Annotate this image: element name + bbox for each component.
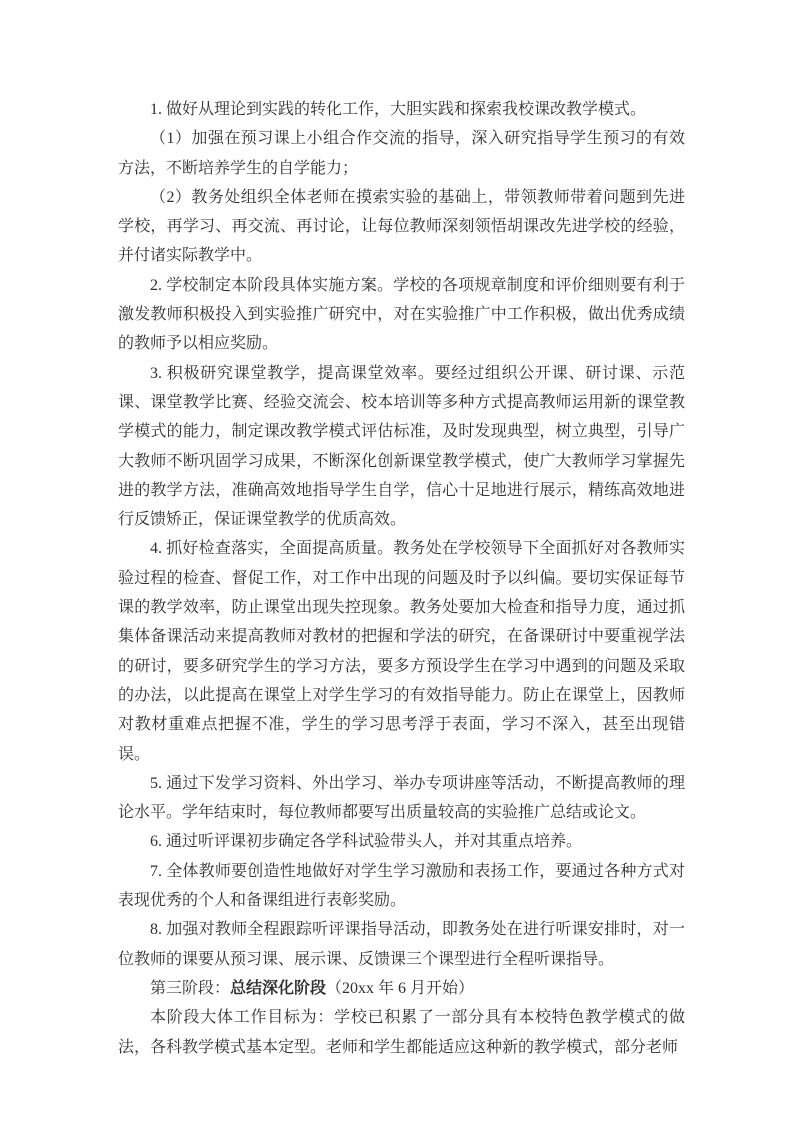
document-body: 1. 做好从理论到实践的转化工作，大胆实践和探索我校课改教学模式。 （1）加强在… bbox=[118, 95, 685, 1062]
paragraph-point-7: 7. 全体教师要创造性地做好对学生学习激励和表扬工作，要通过各种方式对表现优秀的… bbox=[118, 857, 685, 916]
paragraph-point-6: 6. 通过听评课初步确定各学科试验带头人，并对其重点培养。 bbox=[118, 827, 685, 856]
paragraph-point-3: 3. 积极研究课堂教学，提高课堂效率。要经过组织公开课、研讨课、示范课、课堂教学… bbox=[118, 359, 685, 535]
paragraph-stage-heading: 第三阶段：总结深化阶段（20xx 年 6 月开始） bbox=[118, 974, 685, 1003]
stage-heading-suffix: （20xx 年 6 月开始） bbox=[326, 980, 474, 997]
stage-heading-emphasis: 总结深化阶段 bbox=[230, 980, 326, 997]
paragraph-subpoint-2: （2）教务处组织全体老师在摸索实验的基础上，带领教师带着问题到先进学校，再学习、… bbox=[118, 183, 685, 271]
document-page: 1. 做好从理论到实践的转化工作，大胆实践和探索我校课改教学模式。 （1）加强在… bbox=[0, 0, 793, 1122]
paragraph-point-4: 4. 抓好检查落实，全面提高质量。教务处在学校领导下全面抓好对各教师实验过程的检… bbox=[118, 534, 685, 768]
paragraph-point-5: 5. 通过下发学习资料、外出学习、举办专项讲座等活动，不断提高教师的理论水平。学… bbox=[118, 769, 685, 828]
paragraph-closing: 本阶段大体工作目标为：学校已积累了一部分具有本校特色教学模式的做法，各科教学模式… bbox=[118, 1003, 685, 1062]
paragraph-subpoint-1: （1）加强在预习课上小组合作交流的指导，深入研究指导学生预习的有效方法，不断培养… bbox=[118, 124, 685, 183]
paragraph-point-1: 1. 做好从理论到实践的转化工作，大胆实践和探索我校课改教学模式。 bbox=[118, 95, 685, 124]
stage-heading-prefix: 第三阶段： bbox=[150, 980, 230, 997]
paragraph-point-8: 8. 加强对教师全程跟踪听评课指导活动，即教务处在进行听课安排时，对一位教师的课… bbox=[118, 915, 685, 974]
paragraph-point-2: 2. 学校制定本阶段具体实施方案。学校的各项规章制度和评价细则要有利于激发教师积… bbox=[118, 271, 685, 359]
